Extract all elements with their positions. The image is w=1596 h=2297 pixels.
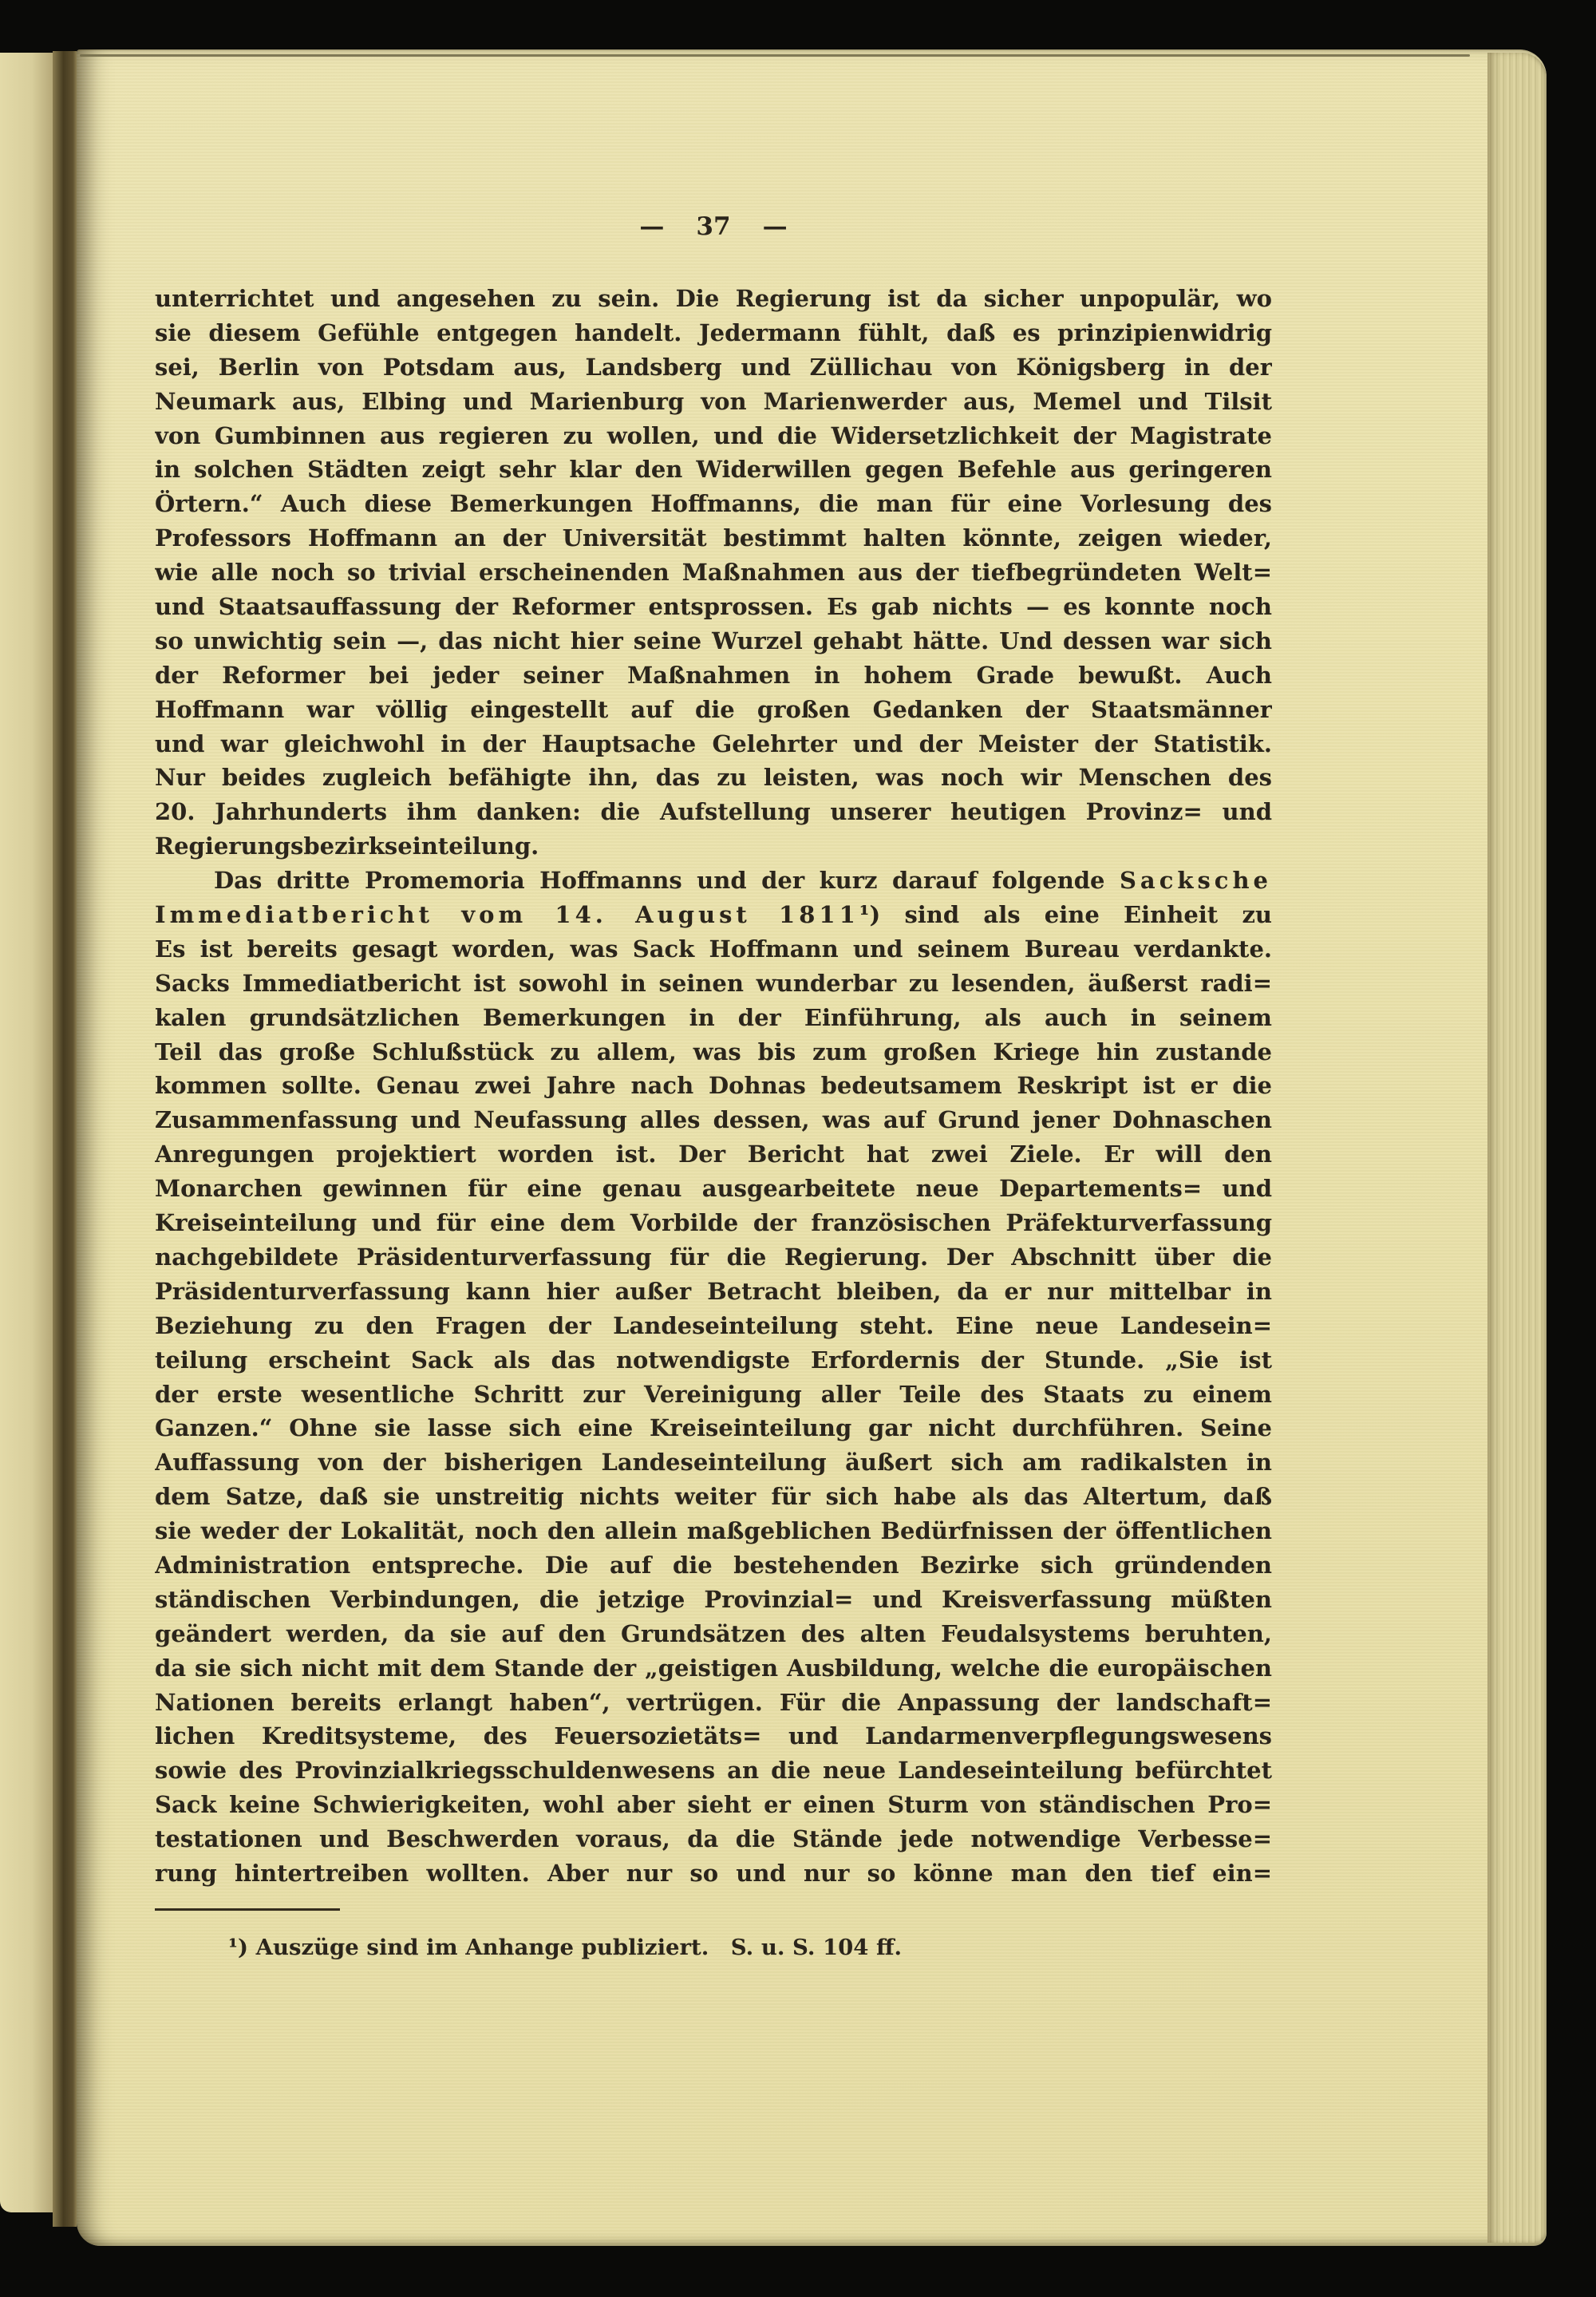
book-gutter [53, 51, 77, 2227]
text-line: Nur beides zugleich befähigte ihn, das z… [155, 761, 1272, 795]
text-segment: Es ist bereits gesagt worden, was Sack H… [155, 935, 1272, 963]
text-segment: kalen grundsätzlichen Bemerkungen in der… [155, 1004, 1272, 1035]
text-segment: Anregungen projektiert worden ist. Der B… [155, 1141, 1272, 1168]
paragraph: Das dritte Promemoria Hoffmanns und der … [155, 864, 1272, 1891]
text-line: testationen und Beschwerden voraus, da d… [155, 1822, 1272, 1856]
text-segment: Zusammenfassung und Neufassung alles des… [155, 1106, 1272, 1133]
text-segment: und Staatsauffassung der Reformer entspr… [155, 593, 1272, 620]
text-line: Es ist bereits gesagt worden, was Sack H… [155, 932, 1272, 967]
text-segment: 20. Jahrhunderts ihm danken: die Aufstel… [155, 798, 1272, 825]
text-line: Professors Hoffmann an der Universität b… [155, 521, 1272, 555]
text-line: ständischen Verbindungen, die jetzige Pr… [155, 1583, 1272, 1617]
text-segment: in solchen Städten zeigt sehr klar den W… [155, 456, 1272, 483]
text-segment: testationen und Beschwerden voraus, da d… [155, 1825, 1272, 1852]
text-segment: unterrichtet und angesehen zu sein. Die … [155, 285, 1272, 312]
facing-page-edge [0, 53, 53, 2212]
text-segment: Ganzen.“ Ohne sie lasse sich eine Kreise… [155, 1414, 1272, 1441]
text-line: da sie sich nicht mit dem Stande der „ge… [155, 1651, 1272, 1686]
text-line: der erste wesentliche Schritt zur Verein… [155, 1378, 1272, 1412]
text-line: Ganzen.“ Ohne sie lasse sich eine Kreise… [155, 1411, 1272, 1445]
book-scan: —37— unterrichtet und angesehen zu sein.… [0, 0, 1596, 2297]
text-segment: sei, Berlin von Potsdam aus, Landsberg u… [155, 354, 1272, 381]
text-segment: dem Satze, daß sie unstreitig nichts wei… [155, 1483, 1272, 1510]
text-line: sie diesem Gefühle entgegen handelt. Jed… [155, 316, 1272, 350]
text-segment: Professors Hoffmann an der Universität b… [155, 524, 1272, 552]
text-segment: Monarchen gewinnen für eine genau ausgea… [155, 1175, 1272, 1202]
text-line: dem Satze, daß sie unstreitig nichts wei… [155, 1480, 1272, 1514]
text-line: sie weder der Lokalität, noch den allein… [155, 1514, 1272, 1548]
text-segment: Administration entspreche. Die auf die b… [155, 1552, 1272, 1579]
emphasized-text: Immediatbericht vom 14. August 1811 [155, 901, 859, 928]
paragraph: unterrichtet und angesehen zu sein. Die … [155, 282, 1272, 864]
text-line: rung hintertreiben wollten. Aber nur so … [155, 1856, 1272, 1891]
text-line: teilung erscheint Sack als das notwendig… [155, 1343, 1272, 1378]
text-line: Immediatbericht vom 14. August 1811¹) si… [155, 898, 1272, 932]
text-line: geändert werden, da sie auf den Grundsät… [155, 1617, 1272, 1651]
text-segment: Nationen bereits erlangt haben“, vertrüg… [155, 1689, 1272, 1716]
page-number-header: —37— [155, 212, 1272, 241]
text-line: Sacks Immediatbericht ist sowohl in sein… [155, 967, 1272, 1001]
text-segment: der erste wesentliche Schritt zur Verein… [155, 1381, 1272, 1408]
text-segment: geändert werden, da sie auf den Grundsät… [155, 1620, 1272, 1647]
page-number-dash-right: — [763, 212, 788, 241]
text-line: Beziehung zu den Fragen der Landeseintei… [155, 1309, 1272, 1343]
page-number-dash-left: — [639, 212, 664, 241]
text-line: Präsidenturverfassung kann hier außer Be… [155, 1275, 1272, 1309]
text-segment: Regierungsbezirkseinteilung. [155, 832, 539, 860]
text-line: Regierungsbezirkseinteilung. [155, 829, 1272, 864]
text-line: Monarchen gewinnen für eine genau ausgea… [155, 1172, 1272, 1206]
text-line: Örtern.“ Auch diese Bemerkungen Hoffmann… [155, 487, 1272, 521]
text-block: unterrichtet und angesehen zu sein. Die … [155, 282, 1272, 1891]
text-line: Das dritte Promemoria Hoffmanns und der … [155, 864, 1272, 898]
text-line: Auffassung von der bisherigen Landeseint… [155, 1445, 1272, 1480]
text-line: nachgebildete Präsidenturverfassung für … [155, 1240, 1272, 1275]
text-line: lichen Kreditsysteme, des Feuersozietäts… [155, 1719, 1272, 1753]
text-segment: sie diesem Gefühle entgegen handelt. Jed… [155, 319, 1272, 346]
text-line: wie alle noch so trivial erscheinenden M… [155, 555, 1272, 590]
text-segment: da sie sich nicht mit dem Stande der „ge… [155, 1655, 1272, 1682]
text-line: sei, Berlin von Potsdam aus, Landsberg u… [155, 350, 1272, 385]
text-line: kommen sollte. Genau zwei Jahre nach Doh… [155, 1069, 1272, 1103]
text-line: so unwichtig sein —, das nicht hier sein… [155, 624, 1272, 658]
text-line: und Staatsauffassung der Reformer entspr… [155, 590, 1272, 624]
book-page: —37— unterrichtet und angesehen zu sein.… [77, 49, 1547, 2246]
text-segment: Hoffmann war völlig eingestellt auf die … [155, 696, 1272, 723]
text-line: Administration entspreche. Die auf die b… [155, 1548, 1272, 1583]
text-segment: Auffassung von der bisherigen Landeseint… [155, 1449, 1272, 1476]
text-line: unterrichtet und angesehen zu sein. Die … [155, 282, 1272, 316]
page-top-edge [80, 54, 1470, 57]
text-segment: ständischen Verbindungen, die jetzige Pr… [155, 1586, 1272, 1613]
text-line: Hoffmann war völlig eingestellt auf die … [155, 693, 1272, 727]
text-segment: Neumark aus, Elbing und Marienburg von M… [155, 388, 1272, 415]
text-line: Anregungen projektiert worden ist. Der B… [155, 1137, 1272, 1172]
page-number: 37 [696, 212, 730, 241]
text-line: Nationen bereits erlangt haben“, vertrüg… [155, 1686, 1272, 1720]
text-line: kalen grundsätzlichen Bemerkungen in der… [155, 1001, 1272, 1035]
text-segment: sie weder der Lokalität, noch den allein… [155, 1517, 1272, 1544]
text-line: von Gumbinnen aus regieren zu wollen, un… [155, 419, 1272, 453]
text-segment: Örtern.“ Auch diese Bemerkungen Hoffmann… [155, 490, 1272, 517]
text-line: sowie des Provinzialkriegsschuldenwesens… [155, 1753, 1272, 1788]
text-segment: kommen sollte. Genau zwei Jahre nach Doh… [155, 1072, 1272, 1099]
text-line: Sack keine Schwierigkeiten, wohl aber si… [155, 1788, 1272, 1822]
text-segment: von Gumbinnen aus regieren zu wollen, un… [155, 422, 1272, 449]
text-line: der Reformer bei jeder seiner Maßnahmen … [155, 658, 1272, 693]
text-segment: so unwichtig sein —, das nicht hier sein… [155, 627, 1272, 654]
text-line: Kreiseinteilung und für eine dem Vorbild… [155, 1206, 1272, 1240]
text-segment: Sack keine Schwierigkeiten, wohl aber si… [155, 1791, 1272, 1818]
footnote-rule [155, 1908, 340, 1911]
text-segment: rung hintertreiben wollten. Aber nur so … [155, 1860, 1272, 1887]
text-segment: teilung erscheint Sack als das notwendig… [155, 1346, 1272, 1374]
text-segment: sowie des Provinzialkriegsschuldenwesens… [155, 1757, 1272, 1784]
text-segment: wie alle noch so trivial erscheinenden M… [155, 559, 1272, 586]
text-segment: Teil das große Schlußstück zu allem, was… [155, 1038, 1272, 1065]
text-segment: Beziehung zu den Fragen der Landeseintei… [155, 1312, 1272, 1339]
text-segment: Nur beides zugleich befähigte ihn, das z… [155, 764, 1272, 791]
text-line: und war gleichwohl in der Hauptsache Gel… [155, 727, 1272, 761]
text-line: Zusammenfassung und Neufassung alles des… [155, 1103, 1272, 1137]
text-line: in solchen Städten zeigt sehr klar den W… [155, 453, 1272, 487]
text-line: Teil das große Schlußstück zu allem, was… [155, 1035, 1272, 1069]
text-segment: Das dritte Promemoria Hoffmanns und der … [214, 867, 1120, 894]
emphasized-text: Sacksche [1120, 867, 1272, 894]
text-segment: Sacks Immediatbericht ist sowohl in sein… [155, 970, 1272, 997]
text-segment: und war gleichwohl in der Hauptsache Gel… [155, 730, 1272, 757]
text-segment: der Reformer bei jeder seiner Maßnahmen … [155, 662, 1272, 689]
text-line: 20. Jahrhunderts ihm danken: die Aufstel… [155, 795, 1272, 829]
footnote: ¹) Auszüge sind im Anhange publiziert. S… [155, 1934, 1272, 1961]
text-segment: Präsidenturverfassung kann hier außer Be… [155, 1278, 1272, 1305]
text-segment: Kreiseinteilung und für eine dem Vorbild… [155, 1209, 1272, 1236]
text-segment: nachgebildete Präsidenturverfassung für … [155, 1243, 1272, 1271]
text-segment: lichen Kreditsysteme, des Feuersozietäts… [155, 1722, 1272, 1749]
page-edge-stack [1487, 53, 1547, 2243]
text-line: Neumark aus, Elbing und Marienburg von M… [155, 385, 1272, 419]
